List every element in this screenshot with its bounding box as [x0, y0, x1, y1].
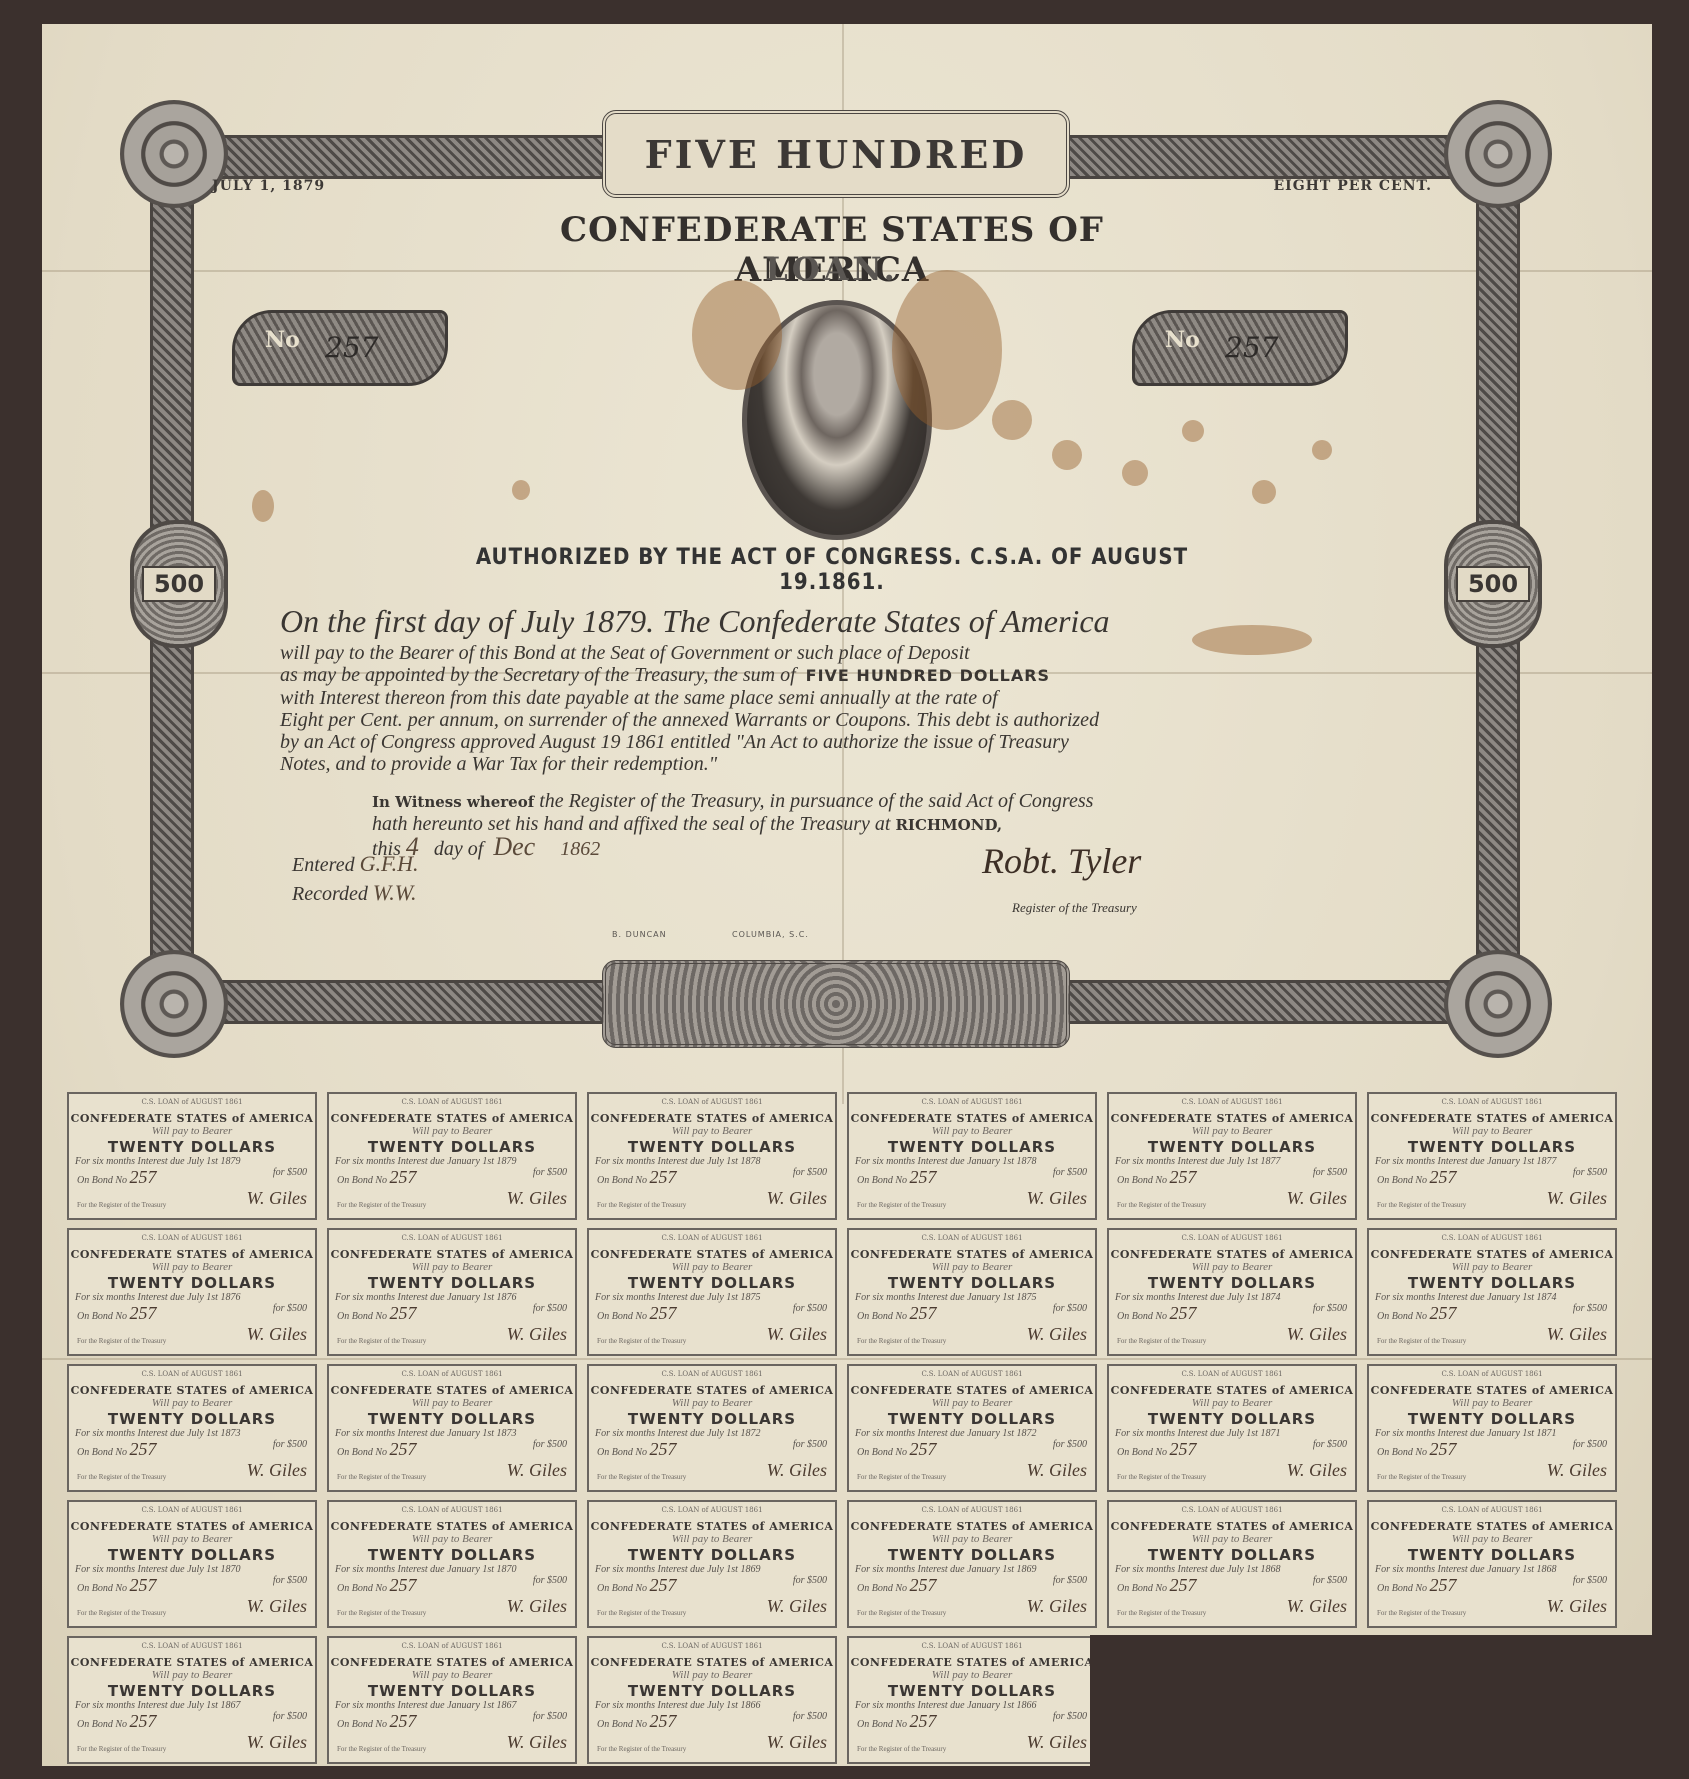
- coupon: C.S. LOAN of AUGUST 1861 CONFEDERATE STA…: [587, 1092, 837, 1220]
- coupon-bond-row: On Bond No 257for $500: [1109, 1303, 1355, 1324]
- coupon-register-label: For the Register of the Treasury: [337, 1609, 426, 1617]
- coupon-bond-row: On Bond No 257for $500: [1369, 1575, 1615, 1596]
- coupon-signature-row: For the Register of the TreasuryW. Giles: [329, 1324, 575, 1345]
- coupon: C.S. LOAN of AUGUST 1861 CONFEDERATE STA…: [1107, 1364, 1357, 1492]
- coupon-bond-row: On Bond No 257for $500: [1109, 1167, 1355, 1188]
- coupon-due-line: For six months Interest due January 1st …: [329, 1564, 575, 1575]
- coupon-amount: TWENTY DOLLARS: [69, 1682, 315, 1700]
- coupon-amount: TWENTY DOLLARS: [1369, 1138, 1615, 1156]
- bottom-ornament-plaque: [602, 960, 1070, 1048]
- coupon-bond-number: 257: [1170, 1575, 1197, 1595]
- coupon-bond-label: On Bond No: [597, 1719, 647, 1730]
- body-line: as may be appointed by the Secretary of …: [280, 664, 1400, 687]
- coupon-title: CONFEDERATE STATES of AMERICA: [849, 1112, 1095, 1125]
- rosette-icon: [1444, 100, 1552, 208]
- coupon-bond-number: 257: [650, 1711, 677, 1731]
- coupon-due-line: For six months Interest due January 1st …: [329, 1428, 575, 1439]
- coupon-loan-line: C.S. LOAN of AUGUST 1861: [589, 1098, 835, 1106]
- coupon-signature-row: For the Register of the TreasuryW. Giles: [849, 1596, 1095, 1617]
- coupon-amount: TWENTY DOLLARS: [1109, 1274, 1355, 1292]
- coupon-pay-line: Will pay to Bearer: [329, 1125, 575, 1137]
- coupon-title: CONFEDERATE STATES of AMERICA: [329, 1520, 575, 1533]
- coupon: C.S. LOAN of AUGUST 1861 CONFEDERATE STA…: [1107, 1092, 1357, 1220]
- coupon-bond-number: 257: [130, 1439, 157, 1459]
- coupon-bond-row: On Bond No 257for $500: [69, 1711, 315, 1732]
- printer-name: B. DUNCAN: [612, 930, 667, 939]
- coupon-title: CONFEDERATE STATES of AMERICA: [1109, 1248, 1355, 1261]
- recorded-row: Recorded W.W.: [292, 879, 418, 908]
- coupon-bond-row: On Bond No 257for $500: [329, 1439, 575, 1460]
- coupon-bond-number: 257: [130, 1303, 157, 1323]
- coupon-bond-label: On Bond No: [77, 1447, 127, 1458]
- recorded-initials: W.W.: [373, 880, 417, 905]
- body-line: On the first day of July 1879. The Confe…: [280, 600, 1400, 642]
- coupon-due-line: For six months Interest due January 1st …: [849, 1700, 1095, 1711]
- coupon-bond-number: 257: [1170, 1439, 1197, 1459]
- witness-place: RICHMOND,: [895, 816, 1002, 834]
- coupon: C.S. LOAN of AUGUST 1861 CONFEDERATE STA…: [847, 1500, 1097, 1628]
- coupon-bond-label: On Bond No: [1117, 1583, 1167, 1594]
- coupon: C.S. LOAN of AUGUST 1861 CONFEDERATE STA…: [327, 1228, 577, 1356]
- coupon-for-amount: for $500: [793, 1303, 827, 1324]
- coupon-signature-row: For the Register of the TreasuryW. Giles: [589, 1732, 835, 1753]
- coupon-register-label: For the Register of the Treasury: [857, 1745, 946, 1753]
- bond-body-text: On the first day of July 1879. The Confe…: [280, 600, 1400, 775]
- coupon-signature: W. Giles: [507, 1732, 567, 1753]
- coupon-bond-label: On Bond No: [857, 1311, 907, 1322]
- coupon-bond-number: 257: [390, 1303, 417, 1323]
- coupon-register-label: For the Register of the Treasury: [1377, 1473, 1466, 1481]
- coupon-amount: TWENTY DOLLARS: [69, 1410, 315, 1428]
- coupon-bond-row: On Bond No 257for $500: [849, 1711, 1095, 1732]
- coupon-bond-label: On Bond No: [597, 1447, 647, 1458]
- coupon-for-amount: for $500: [533, 1711, 567, 1732]
- coupon-register-label: For the Register of the Treasury: [1117, 1337, 1206, 1345]
- coupon-amount: TWENTY DOLLARS: [1369, 1274, 1615, 1292]
- coupon-pay-line: Will pay to Bearer: [69, 1533, 315, 1545]
- coupon-due-line: For six months Interest due July 1st 187…: [69, 1564, 315, 1575]
- coupon-bond-label: On Bond No: [337, 1447, 387, 1458]
- coupon-bond-row: On Bond No 257for $500: [69, 1303, 315, 1324]
- coupon-signature: W. Giles: [1027, 1324, 1087, 1345]
- serial-banner-left: No 257: [232, 310, 448, 386]
- coupon-loan-line: C.S. LOAN of AUGUST 1861: [69, 1642, 315, 1650]
- coupon-due-line: For six months Interest due January 1st …: [1369, 1292, 1615, 1303]
- coupon-title: CONFEDERATE STATES of AMERICA: [69, 1112, 315, 1125]
- coupon-register-label: For the Register of the Treasury: [337, 1201, 426, 1209]
- body-line: with Interest thereon from this date pay…: [280, 687, 1400, 709]
- coupon-for-amount: for $500: [1053, 1303, 1087, 1324]
- coupon-bond-number: 257: [130, 1167, 157, 1187]
- coupon-due-line: For six months Interest due July 1st 187…: [589, 1156, 835, 1167]
- coupon: C.S. LOAN of AUGUST 1861 CONFEDERATE STA…: [587, 1500, 837, 1628]
- value-500: 500: [142, 566, 216, 602]
- coupon-register-label: For the Register of the Treasury: [857, 1609, 946, 1617]
- entered-initials: G.F.H.: [360, 851, 419, 876]
- coupon-signature-row: For the Register of the TreasuryW. Giles: [1109, 1596, 1355, 1617]
- coupon-loan-line: C.S. LOAN of AUGUST 1861: [589, 1642, 835, 1650]
- coupon-bond-label: On Bond No: [1117, 1447, 1167, 1458]
- coupon-amount: TWENTY DOLLARS: [589, 1410, 835, 1428]
- coupon-register-label: For the Register of the Treasury: [597, 1201, 686, 1209]
- coupon-loan-line: C.S. LOAN of AUGUST 1861: [849, 1370, 1095, 1378]
- coupon-pay-line: Will pay to Bearer: [849, 1397, 1095, 1409]
- coupon-bond-row: On Bond No 257for $500: [329, 1167, 575, 1188]
- coupon-register-label: For the Register of the Treasury: [857, 1201, 946, 1209]
- coupon-amount: TWENTY DOLLARS: [589, 1274, 835, 1292]
- coupon-amount: TWENTY DOLLARS: [849, 1138, 1095, 1156]
- coupon-pay-line: Will pay to Bearer: [849, 1669, 1095, 1681]
- coupon-bond-row: On Bond No 257for $500: [589, 1167, 835, 1188]
- coupon: C.S. LOAN of AUGUST 1861 CONFEDERATE STA…: [847, 1364, 1097, 1492]
- coupon-title: CONFEDERATE STATES of AMERICA: [589, 1384, 835, 1397]
- coupon-due-line: For six months Interest due January 1st …: [1369, 1564, 1615, 1575]
- coupon-register-label: For the Register of the Treasury: [857, 1337, 946, 1345]
- coupon-bond-row: On Bond No 257for $500: [849, 1167, 1095, 1188]
- coupon-pay-line: Will pay to Bearer: [849, 1261, 1095, 1273]
- coupon-pay-line: Will pay to Bearer: [329, 1261, 575, 1273]
- coupon-signature: W. Giles: [1027, 1596, 1087, 1617]
- coupon-pay-line: Will pay to Bearer: [849, 1125, 1095, 1137]
- coupon-for-amount: for $500: [533, 1439, 567, 1460]
- coupon-amount: TWENTY DOLLARS: [1109, 1410, 1355, 1428]
- coupon-bond-label: On Bond No: [857, 1447, 907, 1458]
- coupon: C.S. LOAN of AUGUST 1861 CONFEDERATE STA…: [327, 1364, 577, 1492]
- maturity-date: JULY 1, 1879: [212, 178, 325, 194]
- coupon-register-label: For the Register of the Treasury: [337, 1473, 426, 1481]
- coupon-loan-line: C.S. LOAN of AUGUST 1861: [1369, 1370, 1615, 1378]
- coupon-signature: W. Giles: [507, 1324, 567, 1345]
- body-line: Eight per Cent. per annum, on surrender …: [280, 709, 1400, 731]
- coupon-bond-label: On Bond No: [1117, 1175, 1167, 1186]
- coupon-title: CONFEDERATE STATES of AMERICA: [1369, 1520, 1615, 1533]
- coupon-signature-row: For the Register of the TreasuryW. Giles: [849, 1188, 1095, 1209]
- witness-text: the Register of the Treasury, in pursuan…: [539, 790, 1093, 812]
- coupon-register-label: For the Register of the Treasury: [1377, 1609, 1466, 1617]
- coupon-bond-label: On Bond No: [77, 1311, 127, 1322]
- coupon-amount: TWENTY DOLLARS: [589, 1546, 835, 1564]
- coupon-amount: TWENTY DOLLARS: [329, 1138, 575, 1156]
- water-stain: [692, 280, 782, 390]
- coupon-pay-line: Will pay to Bearer: [329, 1533, 575, 1545]
- coupon-bond-number: 257: [650, 1439, 677, 1459]
- coupon-register-label: For the Register of the Treasury: [1377, 1201, 1466, 1209]
- coupon-for-amount: for $500: [1053, 1711, 1087, 1732]
- coupon-signature: W. Giles: [767, 1188, 827, 1209]
- coupon-due-line: For six months Interest due January 1st …: [849, 1292, 1095, 1303]
- coupon-bond-row: On Bond No 257for $500: [1369, 1167, 1615, 1188]
- coupon-bond-label: On Bond No: [337, 1175, 387, 1186]
- serial-number: 257: [325, 331, 378, 364]
- coupon-due-line: For six months Interest due July 1st 186…: [69, 1700, 315, 1711]
- coupon-register-label: For the Register of the Treasury: [1117, 1201, 1206, 1209]
- coupon-pay-line: Will pay to Bearer: [69, 1397, 315, 1409]
- water-stain: [1252, 480, 1276, 504]
- coupon-due-line: For six months Interest due July 1st 186…: [589, 1564, 835, 1575]
- coupon-signature-row: For the Register of the TreasuryW. Giles: [1369, 1460, 1615, 1481]
- coupon-due-line: For six months Interest due July 1st 187…: [1109, 1292, 1355, 1303]
- coupon-register-label: For the Register of the Treasury: [337, 1337, 426, 1345]
- coupon-title: CONFEDERATE STATES of AMERICA: [589, 1520, 835, 1533]
- coupon-signature: W. Giles: [1547, 1596, 1607, 1617]
- coupon-for-amount: for $500: [1053, 1439, 1087, 1460]
- water-stain: [892, 270, 1002, 430]
- coupon-register-label: For the Register of the Treasury: [77, 1201, 166, 1209]
- coupon-signature-row: For the Register of the TreasuryW. Giles: [329, 1460, 575, 1481]
- coupon-register-label: For the Register of the Treasury: [597, 1609, 686, 1617]
- coupon-due-line: For six months Interest due July 1st 186…: [589, 1700, 835, 1711]
- coupon-register-label: For the Register of the Treasury: [77, 1473, 166, 1481]
- coupon-loan-line: C.S. LOAN of AUGUST 1861: [1369, 1098, 1615, 1106]
- body-line: will pay to the Bearer of this Bond at t…: [280, 642, 1400, 664]
- coupon-signature: W. Giles: [507, 1460, 567, 1481]
- coupon-for-amount: for $500: [1053, 1167, 1087, 1188]
- coupon-title: CONFEDERATE STATES of AMERICA: [1369, 1248, 1615, 1261]
- coupon: C.S. LOAN of AUGUST 1861 CONFEDERATE STA…: [67, 1636, 317, 1764]
- coupon-loan-line: C.S. LOAN of AUGUST 1861: [849, 1642, 1095, 1650]
- coupon-due-line: For six months Interest due July 1st 187…: [1109, 1428, 1355, 1439]
- value-medallion-right: 500: [1444, 520, 1542, 648]
- coupon: C.S. LOAN of AUGUST 1861 CONFEDERATE STA…: [1107, 1228, 1357, 1356]
- coupon-bond-label: On Bond No: [77, 1719, 127, 1730]
- coupon-signature-row: For the Register of the TreasuryW. Giles: [329, 1188, 575, 1209]
- coupon-due-line: For six months Interest due July 1st 187…: [1109, 1156, 1355, 1167]
- coupon-for-amount: for $500: [1313, 1575, 1347, 1596]
- coupon-signature-row: For the Register of the TreasuryW. Giles: [69, 1324, 315, 1345]
- coupon-due-line: For six months Interest due January 1st …: [329, 1292, 575, 1303]
- coupon-bond-number: 257: [910, 1303, 937, 1323]
- coupon-pay-line: Will pay to Bearer: [589, 1125, 835, 1137]
- coupon-pay-line: Will pay to Bearer: [1109, 1261, 1355, 1273]
- coupon-bond-row: On Bond No 257for $500: [589, 1711, 835, 1732]
- coupon-bond-row: On Bond No 257for $500: [329, 1303, 575, 1324]
- coupon-loan-line: C.S. LOAN of AUGUST 1861: [1109, 1370, 1355, 1378]
- coupon-loan-line: C.S. LOAN of AUGUST 1861: [589, 1370, 835, 1378]
- coupon-loan-line: C.S. LOAN of AUGUST 1861: [1369, 1506, 1615, 1514]
- coupon-due-line: For six months Interest due January 1st …: [1369, 1428, 1615, 1439]
- coupon-bond-number: 257: [1430, 1575, 1457, 1595]
- coupon-bond-row: On Bond No 257for $500: [589, 1303, 835, 1324]
- coupon-due-line: For six months Interest due January 1st …: [849, 1564, 1095, 1575]
- coupon-amount: TWENTY DOLLARS: [1369, 1410, 1615, 1428]
- coupon-loan-line: C.S. LOAN of AUGUST 1861: [589, 1506, 835, 1514]
- handwritten-year: 1862: [560, 838, 600, 860]
- coupon-signature-row: For the Register of the TreasuryW. Giles: [589, 1460, 835, 1481]
- coupon-title: CONFEDERATE STATES of AMERICA: [329, 1384, 575, 1397]
- coupon-due-line: For six months Interest due July 1st 187…: [69, 1292, 315, 1303]
- coupon-bond-label: On Bond No: [857, 1719, 907, 1730]
- missing-coupon-area: [1090, 1635, 1689, 1779]
- coupon-amount: TWENTY DOLLARS: [69, 1138, 315, 1156]
- coupon: C.S. LOAN of AUGUST 1861 CONFEDERATE STA…: [1367, 1228, 1617, 1356]
- coupon-loan-line: C.S. LOAN of AUGUST 1861: [329, 1098, 575, 1106]
- coupon-signature-row: For the Register of the TreasuryW. Giles: [1369, 1596, 1615, 1617]
- coupon-for-amount: for $500: [1313, 1167, 1347, 1188]
- coupon: C.S. LOAN of AUGUST 1861 CONFEDERATE STA…: [327, 1092, 577, 1220]
- coupon-due-line: For six months Interest due July 1st 187…: [69, 1428, 315, 1439]
- coupon-pay-line: Will pay to Bearer: [1369, 1397, 1615, 1409]
- coupon-amount: TWENTY DOLLARS: [589, 1138, 835, 1156]
- coupon-pay-line: Will pay to Bearer: [69, 1669, 315, 1681]
- coupon: C.S. LOAN of AUGUST 1861 CONFEDERATE STA…: [67, 1364, 317, 1492]
- coupon-title: CONFEDERATE STATES of AMERICA: [849, 1520, 1095, 1533]
- coupon: C.S. LOAN of AUGUST 1861 CONFEDERATE STA…: [327, 1636, 577, 1764]
- coupon-amount: TWENTY DOLLARS: [849, 1410, 1095, 1428]
- coupon-bond-row: On Bond No 257for $500: [69, 1575, 315, 1596]
- coupon-signature-row: For the Register of the TreasuryW. Giles: [69, 1188, 315, 1209]
- coupon-signature: W. Giles: [247, 1324, 307, 1345]
- coupon: C.S. LOAN of AUGUST 1861 CONFEDERATE STA…: [847, 1092, 1097, 1220]
- coupon-for-amount: for $500: [533, 1303, 567, 1324]
- coupon-bond-row: On Bond No 257for $500: [1109, 1439, 1355, 1460]
- coupon: C.S. LOAN of AUGUST 1861 CONFEDERATE STA…: [1367, 1092, 1617, 1220]
- coupon-amount: TWENTY DOLLARS: [589, 1682, 835, 1700]
- entered-label: Entered: [292, 854, 355, 876]
- coupon-signature-row: For the Register of the TreasuryW. Giles: [69, 1732, 315, 1753]
- coupon-pay-line: Will pay to Bearer: [589, 1261, 835, 1273]
- coupon-signature: W. Giles: [1287, 1460, 1347, 1481]
- coupon-for-amount: for $500: [793, 1711, 827, 1732]
- coupon-signature-row: For the Register of the TreasuryW. Giles: [849, 1460, 1095, 1481]
- coupon-register-label: For the Register of the Treasury: [857, 1473, 946, 1481]
- coupon-pay-line: Will pay to Bearer: [589, 1397, 835, 1409]
- coupon-bond-number: 257: [1170, 1303, 1197, 1323]
- coupon-amount: TWENTY DOLLARS: [69, 1274, 315, 1292]
- coupon-signature-row: For the Register of the TreasuryW. Giles: [1109, 1460, 1355, 1481]
- coupon-bond-number: 257: [130, 1575, 157, 1595]
- register-label: Register of the Treasury: [1012, 900, 1137, 916]
- coupon-title: CONFEDERATE STATES of AMERICA: [1109, 1112, 1355, 1125]
- coupon-for-amount: for $500: [793, 1575, 827, 1596]
- bond-frame: FIVE HUNDRED JULY 1, 1879 EIGHT PER CENT…: [132, 100, 1532, 1060]
- coupon-loan-line: C.S. LOAN of AUGUST 1861: [329, 1234, 575, 1242]
- coupon-due-line: For six months Interest due January 1st …: [329, 1156, 575, 1167]
- serial-prefix: No: [1165, 327, 1200, 353]
- coupon-amount: TWENTY DOLLARS: [849, 1682, 1095, 1700]
- coupon-pay-line: Will pay to Bearer: [1109, 1125, 1355, 1137]
- entered-row: Entered G.F.H.: [292, 850, 418, 879]
- coupon: C.S. LOAN of AUGUST 1861 CONFEDERATE STA…: [847, 1228, 1097, 1356]
- coupon-bond-number: 257: [1430, 1167, 1457, 1187]
- coupon-loan-line: C.S. LOAN of AUGUST 1861: [69, 1098, 315, 1106]
- coupon: C.S. LOAN of AUGUST 1861 CONFEDERATE STA…: [1367, 1364, 1617, 1492]
- coupon-pay-line: Will pay to Bearer: [69, 1125, 315, 1137]
- coupon-signature: W. Giles: [1547, 1188, 1607, 1209]
- coupon-bond-label: On Bond No: [1377, 1583, 1427, 1594]
- coupon-signature-row: For the Register of the TreasuryW. Giles: [1369, 1324, 1615, 1345]
- coupon-amount: TWENTY DOLLARS: [329, 1410, 575, 1428]
- coupon-for-amount: for $500: [793, 1167, 827, 1188]
- coupon-bond-number: 257: [390, 1167, 417, 1187]
- coupon-for-amount: for $500: [1573, 1167, 1607, 1188]
- coupon-bond-number: 257: [1430, 1303, 1457, 1323]
- coupon-pay-line: Will pay to Bearer: [1109, 1397, 1355, 1409]
- recorded-label: Recorded: [292, 883, 368, 905]
- coupon-loan-line: C.S. LOAN of AUGUST 1861: [329, 1506, 575, 1514]
- coupon-amount: TWENTY DOLLARS: [329, 1682, 575, 1700]
- coupon-signature: W. Giles: [767, 1596, 827, 1617]
- coupon-title: CONFEDERATE STATES of AMERICA: [1369, 1384, 1615, 1397]
- coupon-signature: W. Giles: [507, 1596, 567, 1617]
- coupon-amount: TWENTY DOLLARS: [849, 1546, 1095, 1564]
- coupon-bond-number: 257: [910, 1439, 937, 1459]
- water-stain: [1052, 440, 1082, 470]
- coupon-title: CONFEDERATE STATES of AMERICA: [69, 1520, 315, 1533]
- coupon-signature-row: For the Register of the TreasuryW. Giles: [1109, 1188, 1355, 1209]
- coupon-bond-number: 257: [910, 1167, 937, 1187]
- coupon-signature: W. Giles: [1027, 1732, 1087, 1753]
- coupon-bond-number: 257: [650, 1167, 677, 1187]
- coupon-bond-label: On Bond No: [77, 1175, 127, 1186]
- coupon-signature: W. Giles: [767, 1732, 827, 1753]
- coupon-signature-row: For the Register of the TreasuryW. Giles: [849, 1324, 1095, 1345]
- witness-text: hath hereunto set his hand and affixed t…: [372, 813, 890, 835]
- coupon-due-line: For six months Interest due January 1st …: [1369, 1156, 1615, 1167]
- coupon-bond-label: On Bond No: [857, 1583, 907, 1594]
- coupon-amount: TWENTY DOLLARS: [69, 1546, 315, 1564]
- coupon-for-amount: for $500: [1573, 1575, 1607, 1596]
- coupon-bond-number: 257: [650, 1575, 677, 1595]
- coupon-signature-row: For the Register of the TreasuryW. Giles: [329, 1732, 575, 1753]
- coupon-due-line: For six months Interest due July 1st 187…: [589, 1292, 835, 1303]
- coupon: C.S. LOAN of AUGUST 1861 CONFEDERATE STA…: [587, 1636, 837, 1764]
- coupon-register-label: For the Register of the Treasury: [597, 1473, 686, 1481]
- coupon-signature: W. Giles: [1027, 1460, 1087, 1481]
- coupon-bond-label: On Bond No: [1377, 1447, 1427, 1458]
- coupon-signature: W. Giles: [247, 1188, 307, 1209]
- coupon: C.S. LOAN of AUGUST 1861 CONFEDERATE STA…: [67, 1228, 317, 1356]
- coupon-pay-line: Will pay to Bearer: [69, 1261, 315, 1273]
- coupon-bond-number: 257: [1170, 1167, 1197, 1187]
- coupon-bond-number: 257: [390, 1575, 417, 1595]
- coupon-loan-line: C.S. LOAN of AUGUST 1861: [329, 1642, 575, 1650]
- coupon-amount: TWENTY DOLLARS: [1369, 1546, 1615, 1564]
- coupon-due-line: For six months Interest due July 1st 187…: [589, 1428, 835, 1439]
- coupon-loan-line: C.S. LOAN of AUGUST 1861: [849, 1506, 1095, 1514]
- coupon-bond-label: On Bond No: [1117, 1311, 1167, 1322]
- coupon-bond-number: 257: [390, 1711, 417, 1731]
- coupon-amount: TWENTY DOLLARS: [1109, 1138, 1355, 1156]
- coupon-bond-row: On Bond No 257for $500: [589, 1575, 835, 1596]
- coupon-for-amount: for $500: [793, 1439, 827, 1460]
- coupon-loan-line: C.S. LOAN of AUGUST 1861: [849, 1098, 1095, 1106]
- coupon-pay-line: Will pay to Bearer: [329, 1397, 575, 1409]
- coupon-title: CONFEDERATE STATES of AMERICA: [69, 1656, 315, 1669]
- water-stain: [1312, 440, 1332, 460]
- coupon-bond-number: 257: [390, 1439, 417, 1459]
- coupon-register-label: For the Register of the Treasury: [77, 1745, 166, 1753]
- coupon-register-label: For the Register of the Treasury: [337, 1745, 426, 1753]
- rosette-icon: [1444, 950, 1552, 1058]
- coupon-amount: TWENTY DOLLARS: [1109, 1546, 1355, 1564]
- coupon-title: CONFEDERATE STATES of AMERICA: [589, 1248, 835, 1261]
- coupon-due-line: For six months Interest due July 1st 187…: [69, 1156, 315, 1167]
- coupon-bond-row: On Bond No 257for $500: [329, 1711, 575, 1732]
- coupon-title: CONFEDERATE STATES of AMERICA: [69, 1248, 315, 1261]
- coupon-register-label: For the Register of the Treasury: [77, 1337, 166, 1345]
- coupon-loan-line: C.S. LOAN of AUGUST 1861: [1109, 1234, 1355, 1242]
- denomination-text: FIVE HUNDRED: [645, 132, 1028, 177]
- coupon-bond-label: On Bond No: [337, 1719, 387, 1730]
- coupon-bond-number: 257: [910, 1711, 937, 1731]
- coupon-bond-label: On Bond No: [597, 1583, 647, 1594]
- coupon: C.S. LOAN of AUGUST 1861 CONFEDERATE STA…: [847, 1636, 1097, 1764]
- water-stain: [992, 400, 1032, 440]
- coupon-register-label: For the Register of the Treasury: [1377, 1337, 1466, 1345]
- coupon-register-label: For the Register of the Treasury: [1117, 1473, 1206, 1481]
- coupon-signature-row: For the Register of the TreasuryW. Giles: [69, 1460, 315, 1481]
- body-line: by an Act of Congress approved August 19…: [280, 731, 1400, 753]
